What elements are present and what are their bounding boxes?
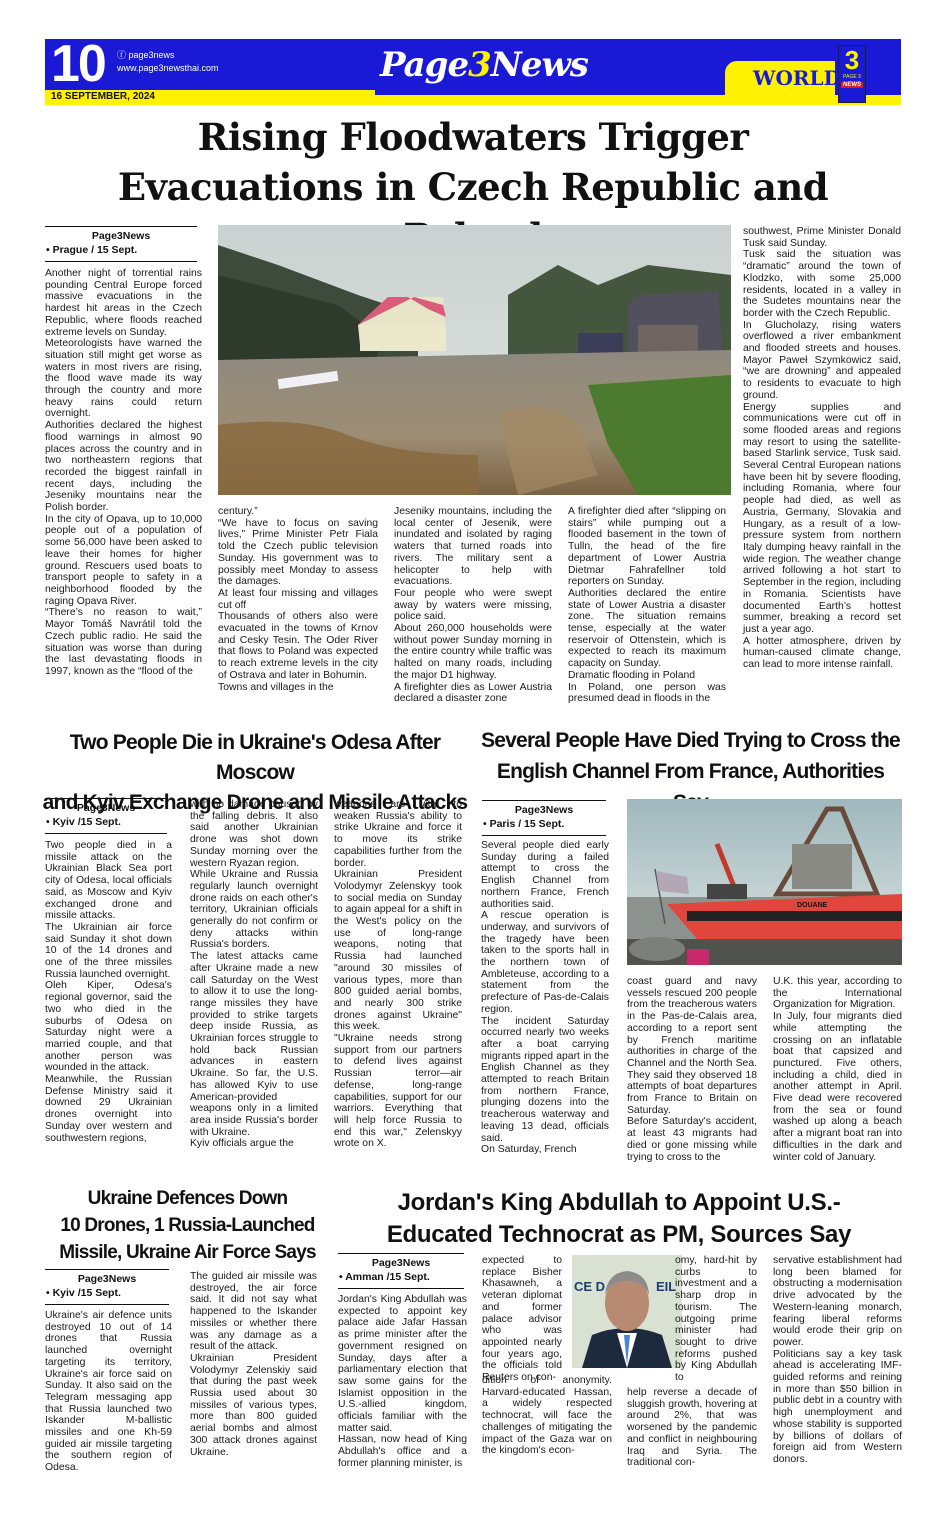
article3-column-2: coast guard and navy vessels rescued 200… <box>627 976 757 1163</box>
headline-line: Rising Floodwaters Trigger <box>45 112 901 162</box>
paragraph: A hotter atmosphere, driven by human-cau… <box>743 636 901 671</box>
article1-column-3: Jeseniky mountains, including the local … <box>394 506 552 705</box>
facebook-icon: ⓕ <box>117 50 129 60</box>
headline-line: Educated Technocrat as PM, Sources Say <box>335 1219 903 1251</box>
issue-date: 16 SEPTEMBER, 2024 <box>51 91 155 102</box>
source-label: Page3News <box>45 1272 169 1286</box>
facebook-handle[interactable]: page3news <box>129 50 175 60</box>
paragraph: Jordan's King Abdullah was expected to a… <box>338 1294 467 1434</box>
paragraph: century.” <box>218 506 378 518</box>
paragraph: Before Saturday's accident, at least 43 … <box>627 1116 757 1163</box>
article5-dateline: Page3News • Amman /15 Sept. <box>338 1253 464 1289</box>
paragraph: dition of anonymity. Harvard-educated Ha… <box>482 1375 612 1457</box>
paragraph: In July, four migrants died while attemp… <box>773 1011 902 1163</box>
paragraph: servative establishment had long been bl… <box>773 1255 902 1349</box>
paragraph: "Ukraine needs strong support from our p… <box>334 1033 462 1150</box>
source-label: Page3News <box>482 803 606 817</box>
paragraph: In the city of Opava, up to 10,000 peopl… <box>45 514 202 608</box>
article5-column-1: Jordan's King Abdullah was expected to a… <box>338 1294 467 1470</box>
article1-column-5: southwest, Prime Minister Donald Tusk sa… <box>743 226 901 671</box>
paragraph: Several people died early Sunday during … <box>481 840 609 910</box>
paragraph: The latest attacks came after Ukraine ma… <box>190 951 318 1138</box>
headline-line: Several People Have Died Trying to Cross… <box>478 725 903 756</box>
paragraph: Ukrainian President Volodymyr Zelenskyy … <box>334 869 462 1033</box>
website-link[interactable]: www.page3newsthai.com <box>117 62 219 75</box>
location-date: • Paris / 15 Sept. <box>482 817 606 831</box>
paragraph: weapons are vital to weaken Russia's abi… <box>334 799 462 869</box>
paragraph: Four people who were swept away by water… <box>394 588 552 623</box>
paragraph: About 260,000 households were without po… <box>394 623 552 682</box>
paragraph: Politicians say a key task ahead is acce… <box>773 1349 902 1466</box>
jafar-hassan-portrait: CE D EIL <box>572 1255 682 1368</box>
source-label: Page3News <box>45 801 167 815</box>
article1-column-2: century.” “We have to focus on saving li… <box>218 506 378 693</box>
source-label: Page3News <box>338 1256 464 1270</box>
paragraph: Kyiv officials argue the <box>190 1138 318 1150</box>
source-label: Page3News <box>45 229 197 243</box>
paragraph: Towns and villages in the <box>218 682 378 694</box>
headline-line: Missile, Ukraine Air Force Says <box>40 1239 335 1266</box>
article5-column-4: servative establishment had long been bl… <box>773 1255 902 1466</box>
paragraph: A firefighter died after “slipping on st… <box>568 506 726 588</box>
article1-column-1: Another night of torrential rains poundi… <box>45 268 202 678</box>
social-links: ⓕ page3news www.page3newsthai.com <box>117 49 219 75</box>
paragraph: Another night of torrential rains poundi… <box>45 268 202 338</box>
portrait-image: CE D EIL <box>572 1255 682 1368</box>
article4-column-1: Ukraine's air defence units destroyed 10… <box>45 1310 172 1474</box>
paragraph: Meteorologists have warned the situation… <box>45 338 202 420</box>
location-date: • Amman /15 Sept. <box>338 1270 464 1284</box>
newspaper-logo: Page3News <box>380 45 588 85</box>
logo-three: 3 <box>468 45 491 85</box>
paragraph: Hassan, now head of King Abdullah's offi… <box>338 1434 467 1469</box>
svg-text:CE D: CE D <box>574 1279 605 1294</box>
article3-column-1: Several people died early Sunday during … <box>481 840 609 1156</box>
article5-column-3-bottom: help reverse a decade of sluggish growth… <box>627 1387 757 1469</box>
article4-headline: Ukraine Defences Down 10 Drones, 1 Russi… <box>40 1185 335 1266</box>
paragraph: Ukrainian President Volodymyr Zelenskiy … <box>190 1353 317 1458</box>
paragraph: Dramatic flooding in Poland <box>568 670 726 682</box>
paragraph: A firefighter dies as Lower Austria decl… <box>394 682 552 705</box>
paragraph: U.K. this year, according to the Interna… <box>773 976 902 1011</box>
paragraph: In Glucholazy, rising waters overflowed … <box>743 320 901 402</box>
douane-label: DOUANE <box>797 902 828 909</box>
headline-line: Jordan's King Abdullah to Appoint U.S.- <box>335 1187 903 1219</box>
logo-news: News <box>491 45 588 85</box>
paragraph: with no damage caused by the falling deb… <box>190 799 318 869</box>
logo-page: Page <box>380 45 468 85</box>
location-date: • Kyiv /15 Sept. <box>45 815 167 829</box>
paragraph: The guided air missile was destroyed, th… <box>190 1271 317 1353</box>
badge-page: PAGE 3 <box>839 74 865 80</box>
paragraph: Thousands of others also were evacuated … <box>218 611 378 681</box>
masthead: 10 ⓕ page3news www.page3newsthai.com 16 … <box>45 39 901 105</box>
paragraph: Energy supplies and communications were … <box>743 402 901 636</box>
paragraph: help reverse a decade of sluggish growth… <box>627 1387 757 1469</box>
svg-text:EIL: EIL <box>656 1279 676 1294</box>
article1-dateline: Page3News • Prague / 15 Sept. <box>45 226 197 262</box>
paragraph: The incident Saturday occurred nearly tw… <box>481 1016 609 1145</box>
badge-number: 3 <box>839 46 865 74</box>
boat-image: DOUANE <box>627 799 902 965</box>
paragraph: The Ukrainian air force said Sunday it s… <box>45 922 172 981</box>
paragraph: expected to replace Bisher Khasawneh, a … <box>482 1255 562 1384</box>
badge-news: NEWS <box>841 82 863 88</box>
article2-dateline: Page3News • Kyiv /15 Sept. <box>45 798 167 834</box>
paragraph: Jeseniky mountains, including the local … <box>394 506 552 588</box>
masthead-underline <box>45 95 901 105</box>
paragraph: Two people died in a missile attack on t… <box>45 840 172 922</box>
article3-column-3: U.K. this year, according to the Interna… <box>773 976 902 1163</box>
paragraph: Authorities declared the entire state of… <box>568 588 726 670</box>
paragraph: On Saturday, French <box>481 1144 609 1156</box>
article4-column-2: The guided air missile was destroyed, th… <box>190 1271 317 1458</box>
location-date: • Prague / 15 Sept. <box>45 243 197 257</box>
paragraph: “We have to focus on saving lives,” Prim… <box>218 518 378 588</box>
page-number: 10 <box>51 37 105 91</box>
paragraph: In Poland, one person was presumed dead … <box>568 682 726 705</box>
section-label: WORLD <box>753 66 841 90</box>
paragraph: Authorities declared the highest flood w… <box>45 420 202 514</box>
douane-boat-photo: DOUANE <box>627 799 902 965</box>
flood-photo <box>218 225 731 495</box>
page3-badge-logo: 3 PAGE 3 NEWS <box>838 45 866 103</box>
headline-line: 10 Drones, 1 Russia-Launched <box>40 1212 335 1239</box>
article5-column-3-top: omy, hard-hit by curbs to investment and… <box>675 1255 757 1384</box>
article3-dateline: Page3News • Paris / 15 Sept. <box>482 800 606 836</box>
article5-headline: Jordan's King Abdullah to Appoint U.S.- … <box>335 1187 903 1251</box>
paragraph: “There’s no reason to wait,” Mayor Tomáš… <box>45 607 202 677</box>
paragraph: southwest, Prime Minister Donald Tusk sa… <box>743 226 901 249</box>
headline-line: Two People Die in Ukraine's Odesa After … <box>40 728 470 788</box>
paragraph: Oleh Kiper, Odesa's regional governor, s… <box>45 980 172 1074</box>
paragraph: Meanwhile, the Russian Defense Ministry … <box>45 1074 172 1144</box>
paragraph: At least four missing and villages cut o… <box>218 588 378 611</box>
flood-image <box>218 225 731 495</box>
article5-column-2-top: expected to replace Bisher Khasawneh, a … <box>482 1255 562 1384</box>
article5-column-2-bottom: dition of anonymity. Harvard-educated Ha… <box>482 1375 612 1457</box>
paragraph: While Ukraine and Russia regularly launc… <box>190 869 318 951</box>
paragraph: omy, hard-hit by curbs to investment and… <box>675 1255 757 1384</box>
paragraph: A rescue operation is underway, and surv… <box>481 910 609 1015</box>
article4-dateline: Page3News • Kyiv /15 Sept. <box>45 1269 169 1305</box>
article2-column-2: with no damage caused by the falling deb… <box>190 799 318 1150</box>
article1-column-4: A firefighter died after “slipping on st… <box>568 506 726 705</box>
paragraph: Ukraine's air defence units destroyed 10… <box>45 1310 172 1474</box>
article2-column-1: Two people died in a missile attack on t… <box>45 840 172 1144</box>
article2-column-3: weapons are vital to weaken Russia's abi… <box>334 799 462 1150</box>
paragraph: coast guard and navy vessels rescued 200… <box>627 976 757 1116</box>
headline-line: Ukraine Defences Down <box>40 1185 335 1212</box>
paragraph: Tusk said the situation was “dramatic” a… <box>743 249 901 319</box>
location-date: • Kyiv /15 Sept. <box>45 1286 169 1300</box>
